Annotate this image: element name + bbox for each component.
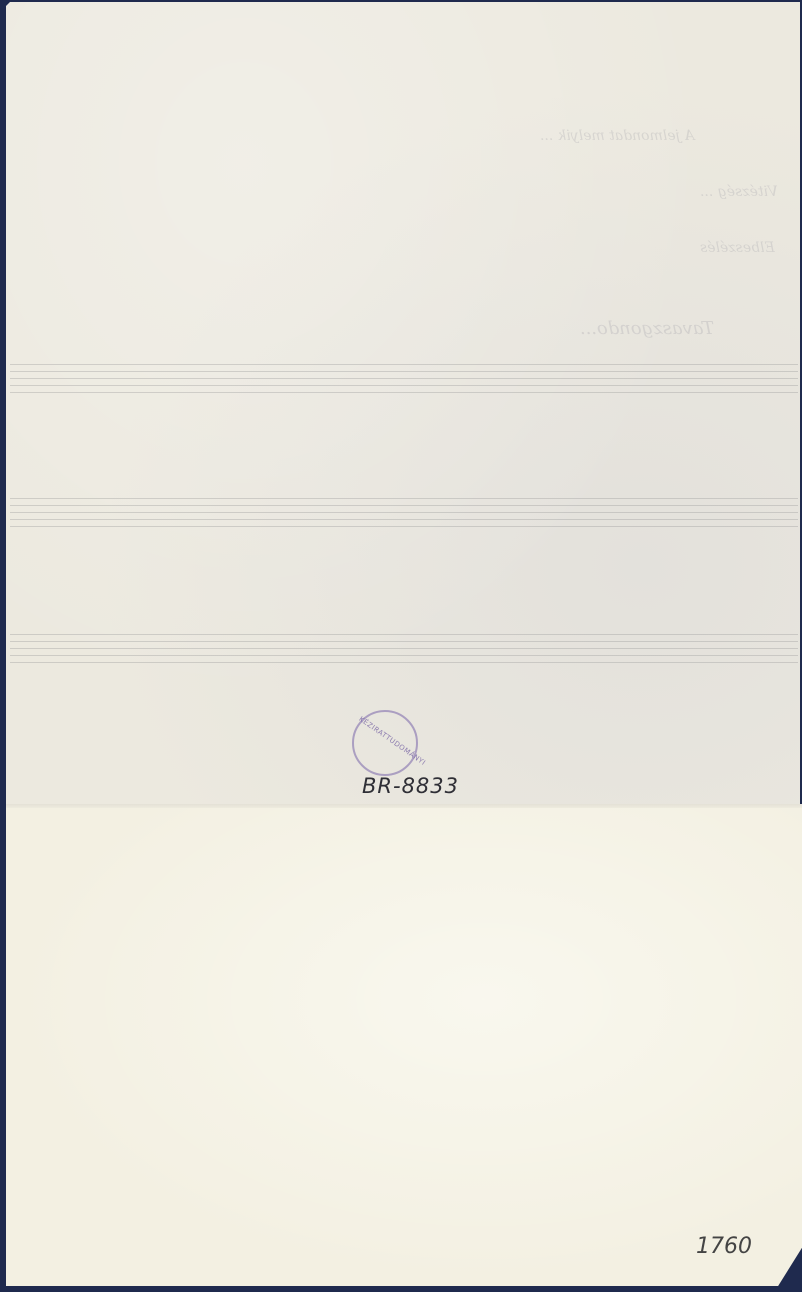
music-staff bbox=[10, 498, 798, 528]
music-staff bbox=[10, 634, 798, 664]
lower-sheet bbox=[6, 808, 802, 1286]
show-through-line: A jelmondat melyik ... bbox=[540, 128, 694, 144]
show-through-line: Vitézség ... bbox=[700, 184, 778, 200]
music-staff bbox=[10, 364, 798, 394]
page-number: 1760 bbox=[696, 1234, 752, 1259]
show-through-line: Tavaszgondo... bbox=[580, 318, 714, 339]
library-stamp: KÉZIRATTUDOMÁNYI bbox=[352, 710, 418, 776]
catalog-number: BR-8833 bbox=[362, 774, 459, 798]
stamp-text: KÉZIRATTUDOMÁNYI bbox=[357, 715, 412, 757]
show-through-line: Elbeszélés bbox=[700, 240, 775, 256]
upper-sheet bbox=[6, 2, 800, 808]
